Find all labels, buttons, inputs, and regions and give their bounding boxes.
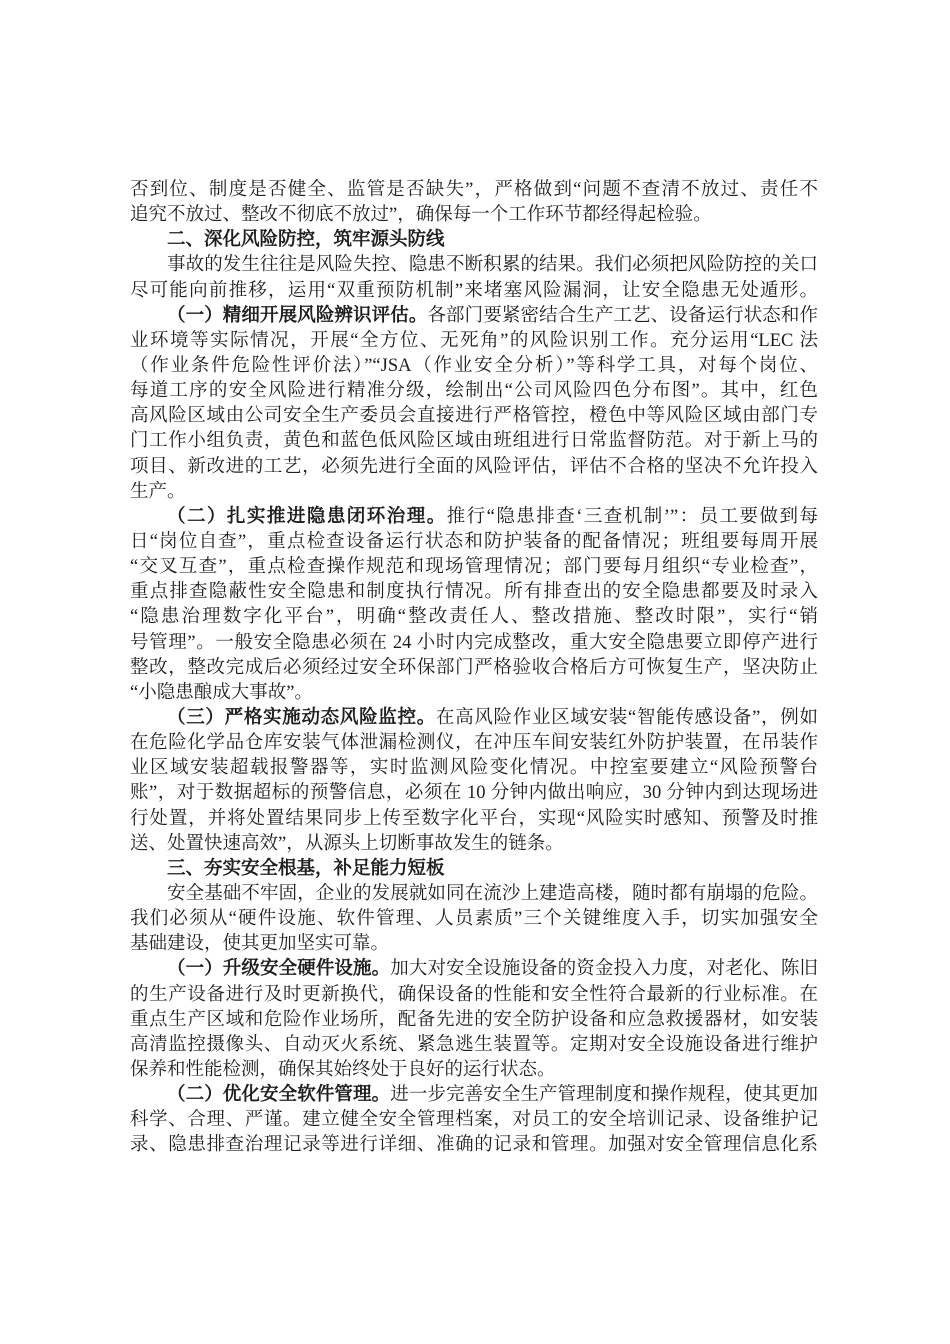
bold-run: 三、夯实安全根基，补足能力短板 (167, 859, 445, 879)
text-line: 的生产设备进行及时更新换代，确保设备的性能和安全性符合最新的行业标准。在 (130, 983, 818, 1008)
bold-run: （二）扎实推进隐患闭环治理。 (167, 507, 447, 527)
text-run: 日“岗位自查”，重点检查设备运行状态和防护装备的配备情况；班组要每周开展 (130, 532, 818, 552)
text-line: 号管理”。一般安全隐患必须在 24 小时内完成整改，重大安全隐患要立即停产进行 (130, 631, 818, 656)
text-run: 录、隐患排查治理记录等进行详细、准确的记录和管理。加强对安全管理信息化系 (130, 1135, 818, 1155)
text-line: 尽可能向前推移，运用“双重预防机制”来堵塞风险漏洞，让安全隐患无处遁形。 (130, 279, 818, 304)
text-line: 事故的发生往往是风险失控、隐患不断积累的结果。我们必须把风险防控的关口 (130, 253, 818, 278)
text-line: （二）优化安全软件管理。进一步完善安全生产管理制度和操作规程，使其更加 (130, 1083, 818, 1108)
text-line: 行处置，并将处置结果同步上传至数字化平台，实现“风险实时感知、预警及时推 (130, 807, 818, 832)
text-run: 加大对安全设施设备的资金投入力度，对老化、陈旧 (390, 959, 818, 979)
text-line: 否到位、制度是否健全、监管是否缺失”，严格做到“问题不查清不放过、责任不 (130, 178, 818, 203)
text-line: “隐患治理数字化平台”，明确“整改责任人、整改措施、整改时限”，实行“销 (130, 605, 818, 630)
text-run: 追究不放过、整改不彻底不放过”，确保每一个工作环节都经得起检验。 (130, 205, 712, 225)
text-line: 我们必须从“硬件设施、软件管理、人员素质”三个关键维度入手，切实加强安全 (130, 907, 818, 932)
text-run: 安全基础不牢固，企业的发展就如同在流沙上建造高楼，随时都有崩塌的危险。 (167, 884, 818, 904)
document-page: 否到位、制度是否健全、监管是否缺失”，严格做到“问题不查清不放过、责任不追究不放… (0, 0, 950, 1344)
text-run: 进一步完善安全生产管理制度和操作规程，使其更加 (390, 1085, 818, 1105)
text-line: 生产。 (130, 480, 818, 505)
text-run: 业区域安装超载报警器等，实时监测风险变化情况。中控室要建立“风险预警台 (130, 758, 818, 778)
text-run: 账”，对于数据超标的预警信息，必须在 10 分钟内做出响应，30 分钟内到达现场… (130, 783, 818, 803)
text-run: 项目、新改进的工艺，必须先进行全面的风险评估，评估不合格的坚决不允许投入 (130, 457, 818, 477)
text-line: 在危险化学品仓库安装气体泄漏检测仪，在冲压车间安装红外防护装置，在吊装作 (130, 731, 818, 756)
text-run: 保养和性能检测，确保其始终处于良好的运行状态。 (130, 1060, 556, 1080)
text-line: 重点生产区域和危险作业场所，配备先进的安全防护设备和应急救援器材，如安装 (130, 1008, 818, 1033)
text-line: （作业条件危险性评价法）”“JSA（作业安全分析）”等科学工具，对每个岗位、 (130, 354, 818, 379)
text-run: 高清监控摄像头、自动灭火系统、紧急逃生装置等。定期对安全设施设备进行维护 (130, 1035, 818, 1055)
text-run: 门工作小组负责，黄色和蓝色低风险区域由班组进行日常监督防范。对于新上马的 (130, 431, 818, 451)
text-run: 生产。 (130, 482, 186, 502)
text-run: （作业条件危险性评价法）”“JSA（作业安全分析）”等科学工具，对每个岗位、 (130, 356, 818, 376)
text-line: “小隐患酿成大事故”。 (130, 681, 818, 706)
text-line: 项目、新改进的工艺，必须先进行全面的风险评估，评估不合格的坚决不允许投入 (130, 455, 818, 480)
text-run: 推行“隐患排查‘三查机制’”：员工要做到每 (447, 507, 818, 527)
text-run: “隐患治理数字化平台”，明确“整改责任人、整改措施、整改时限”，实行“销 (130, 607, 818, 627)
bold-run: 二、深化风险防控，筑牢源头防线 (167, 230, 445, 250)
text-line: （三）严格实施动态风险监控。在高风险作业区域安装“智能传感设备”，例如 (130, 706, 818, 731)
text-line: 基础建设，使其更加坚实可靠。 (130, 932, 818, 957)
text-run: 每道工序的安全风险进行精准分级，绘制出“公司风险四色分布图”。其中，红色 (130, 381, 818, 401)
text-run: 否到位、制度是否健全、监管是否缺失”，严格做到“问题不查清不放过、责任不 (130, 180, 818, 200)
text-line: 门工作小组负责，黄色和蓝色低风险区域由班组进行日常监督防范。对于新上马的 (130, 429, 818, 454)
bold-run: （一）精细开展风险辨识评估。 (167, 306, 427, 326)
text-line: 业区域安装超载报警器等，实时监测风险变化情况。中控室要建立“风险预警台 (130, 756, 818, 781)
text-line: 科学、合理、严谨。建立健全安全管理档案，对员工的安全培训记录、设备维护记 (130, 1108, 818, 1133)
text-run: 基础建设，使其更加坚实可靠。 (130, 934, 389, 954)
text-line: 安全基础不牢固，企业的发展就如同在流沙上建造高楼，随时都有崩塌的危险。 (130, 882, 818, 907)
text-line: “交叉互查”，重点检查操作规范和现场管理情况；部门要每月组织“专业检查”， (130, 555, 818, 580)
text-line: 追究不放过、整改不彻底不放过”，确保每一个工作环节都经得起检验。 (130, 203, 818, 228)
text-run: 在危险化学品仓库安装气体泄漏检测仪，在冲压车间安装红外防护装置，在吊装作 (130, 733, 818, 753)
text-line: 整改，整改完成后必须经过安全环保部门严格验收合格后方可恢复生产，坚决防止 (130, 656, 818, 681)
text-run: 我们必须从“硬件设施、软件管理、人员素质”三个关键维度入手，切实加强安全 (130, 909, 818, 929)
text-run: “小隐患酿成大事故”。 (130, 683, 313, 703)
bold-run: （二）优化安全软件管理。 (167, 1085, 390, 1105)
text-line: 保养和性能检测，确保其始终处于良好的运行状态。 (130, 1058, 818, 1083)
bold-run: （三）严格实施动态风险监控。 (167, 708, 436, 728)
text-line: 录、隐患排查治理记录等进行详细、准确的记录和管理。加强对安全管理信息化系 (130, 1133, 818, 1158)
text-line: （二）扎实推进隐患闭环治理。推行“隐患排查‘三查机制’”：员工要做到每 (130, 505, 818, 530)
text-line: 送、处置快速高效”，从源头上切断事故发生的链条。 (130, 832, 818, 857)
text-run: 的生产设备进行及时更新换代，确保设备的性能和安全性符合最新的行业标准。在 (130, 985, 818, 1005)
text-line: 日“岗位自查”，重点检查设备运行状态和防护装备的配备情况；班组要每周开展 (130, 530, 818, 555)
text-run: 事故的发生往往是风险失控、隐患不断积累的结果。我们必须把风险防控的关口 (167, 255, 818, 275)
text-run: 高风险区域由公司安全生产委员会直接进行严格管控，橙色中等风险区域由部门专 (130, 406, 818, 426)
text-line: 高清监控摄像头、自动灭火系统、紧急逃生装置等。定期对安全设施设备进行维护 (130, 1033, 818, 1058)
text-line: （一）升级安全硬件设施。加大对安全设施设备的资金投入力度，对老化、陈旧 (130, 957, 818, 982)
section-heading-2: 二、深化风险防控，筑牢源头防线 (130, 228, 818, 253)
text-line: 业环境等实际情况，开展“全方位、无死角”的风险识别工作。充分运用“LEC 法 (130, 329, 818, 354)
text-run: 科学、合理、严谨。建立健全安全管理档案，对员工的安全培训记录、设备维护记 (130, 1110, 818, 1130)
text-run: 整改，整改完成后必须经过安全环保部门严格验收合格后方可恢复生产，坚决防止 (130, 658, 818, 678)
text-line: 账”，对于数据超标的预警信息，必须在 10 分钟内做出响应，30 分钟内到达现场… (130, 781, 818, 806)
text-line: 高风险区域由公司安全生产委员会直接进行严格管控，橙色中等风险区域由部门专 (130, 404, 818, 429)
text-line: 重点排查隐蔽性安全隐患和制度执行情况。所有排查出的安全隐患都要及时录入 (130, 580, 818, 605)
text-run: 行处置，并将处置结果同步上传至数字化平台，实现“风险实时感知、预警及时推 (130, 809, 818, 829)
text-run: 重点排查隐蔽性安全隐患和制度执行情况。所有排查出的安全隐患都要及时录入 (130, 582, 818, 602)
text-run: “交叉互查”，重点检查操作规范和现场管理情况；部门要每月组织“专业检查”， (130, 557, 818, 577)
text-line: （一）精细开展风险辨识评估。各部门要紧密结合生产工艺、设备运行状态和作 (130, 304, 818, 329)
document-body: 否到位、制度是否健全、监管是否缺失”，严格做到“问题不查清不放过、责任不追究不放… (130, 178, 818, 1158)
text-run: 业环境等实际情况，开展“全方位、无死角”的风险识别工作。充分运用“LEC 法 (130, 331, 818, 351)
section-heading-3: 三、夯实安全根基，补足能力短板 (130, 857, 818, 882)
text-run: 重点生产区域和危险作业场所，配备先进的安全防护设备和应急救援器材，如安装 (130, 1010, 818, 1030)
text-line: 每道工序的安全风险进行精准分级，绘制出“公司风险四色分布图”。其中，红色 (130, 379, 818, 404)
bold-run: （一）升级安全硬件设施。 (167, 959, 390, 979)
text-run: 送、处置快速高效”，从源头上切断事故发生的链条。 (130, 834, 564, 854)
text-run: 各部门要紧密结合生产工艺、设备运行状态和作 (427, 306, 818, 326)
text-run: 尽可能向前推移，运用“双重预防机制”来堵塞风险漏洞，让安全隐患无处遁形。 (130, 281, 818, 301)
text-run: 在高风险作业区域安装“智能传感设备”，例如 (436, 708, 818, 728)
text-run: 号管理”。一般安全隐患必须在 24 小时内完成整改，重大安全隐患要立即停产进行 (130, 633, 818, 653)
